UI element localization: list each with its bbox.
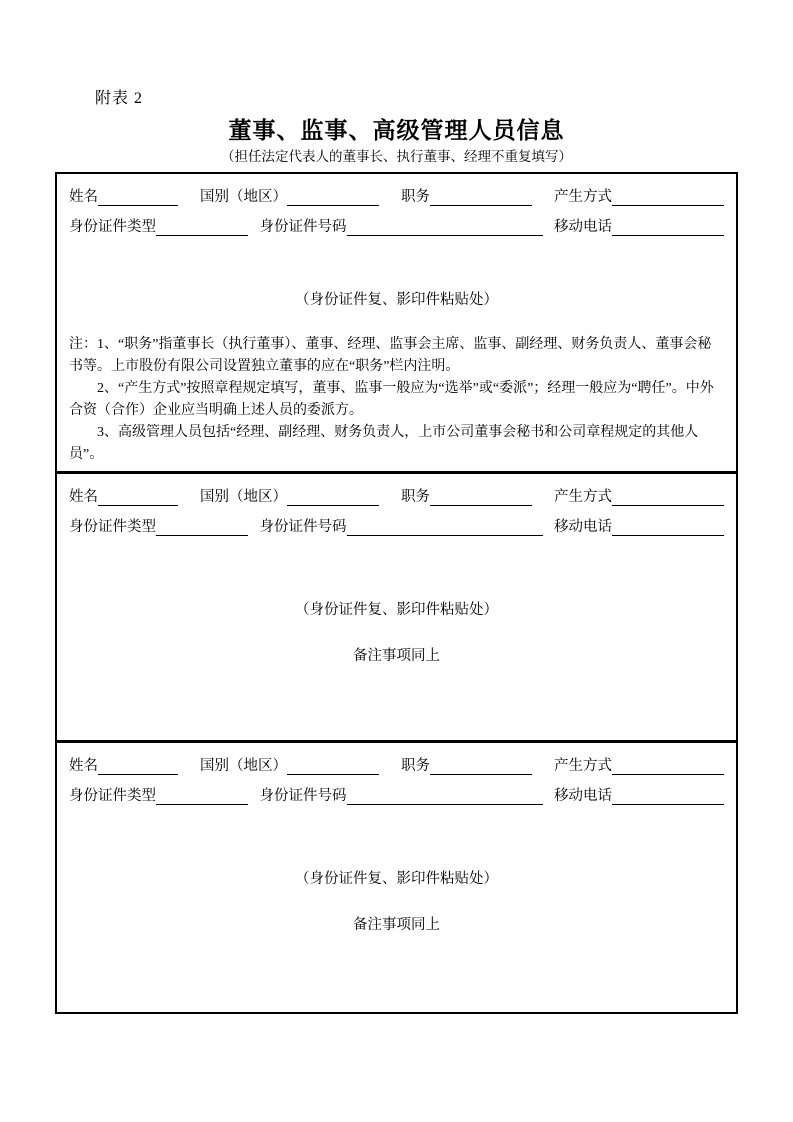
generation-field: 产生方式 <box>554 185 724 206</box>
id-number-label: 身份证件号码 <box>260 515 347 536</box>
member-section-2: 姓名 国别（地区） 职务 产生方式 身份证件类型 身份证件号码 <box>57 471 736 740</box>
mobile-field: 移动电话 <box>554 515 724 536</box>
id-type-field: 身份证件类型 <box>69 784 248 805</box>
name-field: 姓名 <box>69 185 178 206</box>
id-paste-area-label: （身份证件复、影印件粘贴处） <box>69 288 724 309</box>
document-page: 附表 2 董事、监事、高级管理人员信息 （担任法定代表人的董事长、执行董事、经理… <box>0 0 793 1122</box>
country-blank <box>287 759 379 775</box>
attachment-annotation: 附表 2 <box>95 85 143 108</box>
country-label: 国别（地区） <box>200 485 287 506</box>
position-blank <box>430 759 532 775</box>
generation-blank <box>612 190 724 206</box>
generation-blank <box>612 759 724 775</box>
name-blank <box>98 190 178 206</box>
country-blank <box>287 490 379 506</box>
member-section-1: 姓名 国别（地区） 职务 产生方式 身份证件类型 身份证件号码 <box>57 174 736 471</box>
position-field: 职务 <box>401 485 532 506</box>
form-title: 董事、监事、高级管理人员信息 <box>0 112 793 145</box>
generation-field: 产生方式 <box>554 754 724 775</box>
mobile-label: 移动电话 <box>554 515 612 536</box>
name-field: 姓名 <box>69 485 178 506</box>
id-type-label: 身份证件类型 <box>69 515 156 536</box>
section-2-row-1: 姓名 国别（地区） 职务 产生方式 <box>69 485 724 506</box>
name-blank <box>98 490 178 506</box>
country-field: 国别（地区） <box>200 485 379 506</box>
mobile-field: 移动电话 <box>554 784 724 805</box>
id-number-field: 身份证件号码 <box>260 515 543 536</box>
name-label: 姓名 <box>69 754 98 775</box>
id-number-field: 身份证件号码 <box>260 215 543 236</box>
mobile-blank <box>612 220 724 236</box>
generation-label: 产生方式 <box>554 754 612 775</box>
id-paste-area-label: （身份证件复、影印件粘贴处） <box>69 867 724 888</box>
position-field: 职务 <box>401 754 532 775</box>
section-3-row-1: 姓名 国别（地区） 职务 产生方式 <box>69 754 724 775</box>
id-number-blank <box>347 789 543 805</box>
position-label: 职务 <box>401 185 430 206</box>
form-notes: 注：1、“职务”指董事长（执行董事）、董事、经理、监事会主席、监事、副经理、财务… <box>69 334 724 466</box>
country-blank <box>287 190 379 206</box>
name-blank <box>98 759 178 775</box>
generation-blank <box>612 490 724 506</box>
id-type-label: 身份证件类型 <box>69 784 156 805</box>
generation-label: 产生方式 <box>554 485 612 506</box>
section-2-row-2: 身份证件类型 身份证件号码 移动电话 <box>69 515 724 536</box>
section-1-row-1: 姓名 国别（地区） 职务 产生方式 <box>69 185 724 206</box>
section-1-row-2: 身份证件类型 身份证件号码 移动电话 <box>69 215 724 236</box>
id-number-label: 身份证件号码 <box>260 784 347 805</box>
country-field: 国别（地区） <box>200 185 379 206</box>
mobile-blank <box>612 789 724 805</box>
country-field: 国别（地区） <box>200 754 379 775</box>
mobile-label: 移动电话 <box>554 784 612 805</box>
id-paste-area-label: （身份证件复、影印件粘贴处） <box>69 598 724 619</box>
id-number-label: 身份证件号码 <box>260 215 347 236</box>
mobile-field: 移动电话 <box>554 215 724 236</box>
remark-same-as-above: 备注事项同上 <box>69 913 724 934</box>
country-label: 国别（地区） <box>200 185 287 206</box>
position-blank <box>430 190 532 206</box>
position-label: 职务 <box>401 485 430 506</box>
note-3: 3、高级管理人员包括“经理、副经理、财务负责人，上市公司董事会秘书和公司章程规定… <box>69 422 724 466</box>
members-form-table: 姓名 国别（地区） 职务 产生方式 身份证件类型 身份证件号码 <box>55 172 738 1014</box>
mobile-blank <box>612 520 724 536</box>
section-3-row-2: 身份证件类型 身份证件号码 移动电话 <box>69 784 724 805</box>
member-section-3: 姓名 国别（地区） 职务 产生方式 身份证件类型 身份证件号码 <box>57 740 736 1012</box>
note-2: 2、“产生方式”按照章程规定填写，董事、监事一般应为“选举”或“委派”；经理一般… <box>69 378 724 422</box>
id-number-blank <box>347 220 543 236</box>
position-blank <box>430 490 532 506</box>
generation-field: 产生方式 <box>554 485 724 506</box>
form-subtitle: （担任法定代表人的董事长、执行董事、经理不重复填写） <box>0 145 793 165</box>
id-number-blank <box>347 520 543 536</box>
mobile-label: 移动电话 <box>554 215 612 236</box>
position-field: 职务 <box>401 185 532 206</box>
note-1: 注：1、“职务”指董事长（执行董事）、董事、经理、监事会主席、监事、副经理、财务… <box>69 334 724 378</box>
id-type-blank <box>156 789 248 805</box>
generation-label: 产生方式 <box>554 185 612 206</box>
position-label: 职务 <box>401 754 430 775</box>
id-type-blank <box>156 520 248 536</box>
remark-same-as-above: 备注事项同上 <box>69 644 724 665</box>
id-type-field: 身份证件类型 <box>69 215 248 236</box>
country-label: 国别（地区） <box>200 754 287 775</box>
name-label: 姓名 <box>69 185 98 206</box>
name-label: 姓名 <box>69 485 98 506</box>
id-number-field: 身份证件号码 <box>260 784 543 805</box>
name-field: 姓名 <box>69 754 178 775</box>
id-type-blank <box>156 220 248 236</box>
id-type-label: 身份证件类型 <box>69 215 156 236</box>
id-type-field: 身份证件类型 <box>69 515 248 536</box>
